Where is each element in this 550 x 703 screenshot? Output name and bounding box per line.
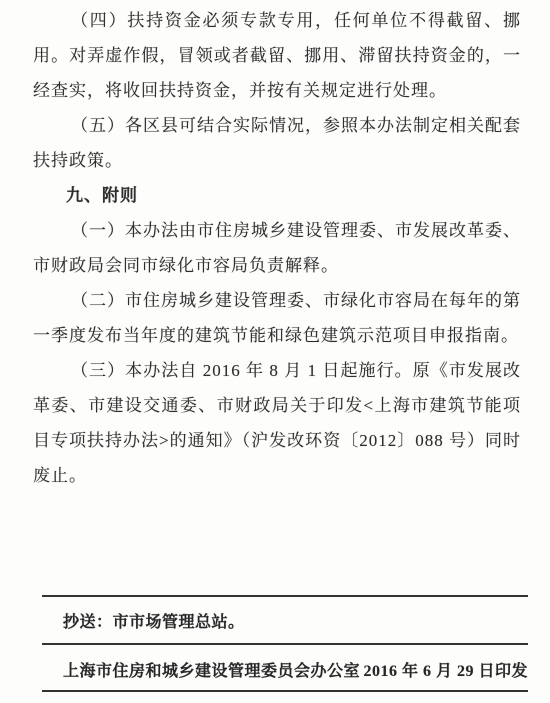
document-page: （四）扶持资金必须专款专用，任何单位不得截留、挪用。对弄虚作假，冒领或者截留、挪… [0,0,550,703]
para-appendix-2: （二）市住房城乡建设管理委、市绿化市容局在每年的第一季度发布当年度的建筑节能和绿… [33,283,521,353]
print-date: 2016 年 6 月 29 日印发 [363,658,528,681]
section-heading-appendix: 九、附则 [33,178,521,213]
copy-to-row: 抄送：市市场管理总站。 [42,595,528,645]
para-clause-5: （五）各区县可结合实际情况，参照本办法制定相关配套扶持政策。 [33,108,521,178]
copy-to-text: 抄送：市市场管理总站。 [63,609,245,632]
para-appendix-3: （三）本办法自 2016 年 8 月 1 日起施行。原《市发展改革委、市建设交通… [33,353,521,493]
document-footer: 抄送：市市场管理总站。 上海市住房和城乡建设管理委员会办公室 2016 年 6 … [42,595,528,692]
document-body: （四）扶持资金必须专款专用，任何单位不得截留、挪用。对弄虚作假，冒领或者截留、挪… [33,3,521,493]
issuer-row: 上海市住房和城乡建设管理委员会办公室 2016 年 6 月 29 日印发 [42,645,528,692]
issuer-name: 上海市住房和城乡建设管理委员会办公室 [63,658,360,681]
para-appendix-1: （一）本办法由市住房城乡建设管理委、市发展改革委、市财政局会同市绿化市容局负责解… [33,213,521,283]
para-clause-4: （四）扶持资金必须专款专用，任何单位不得截留、挪用。对弄虚作假，冒领或者截留、挪… [33,3,521,108]
